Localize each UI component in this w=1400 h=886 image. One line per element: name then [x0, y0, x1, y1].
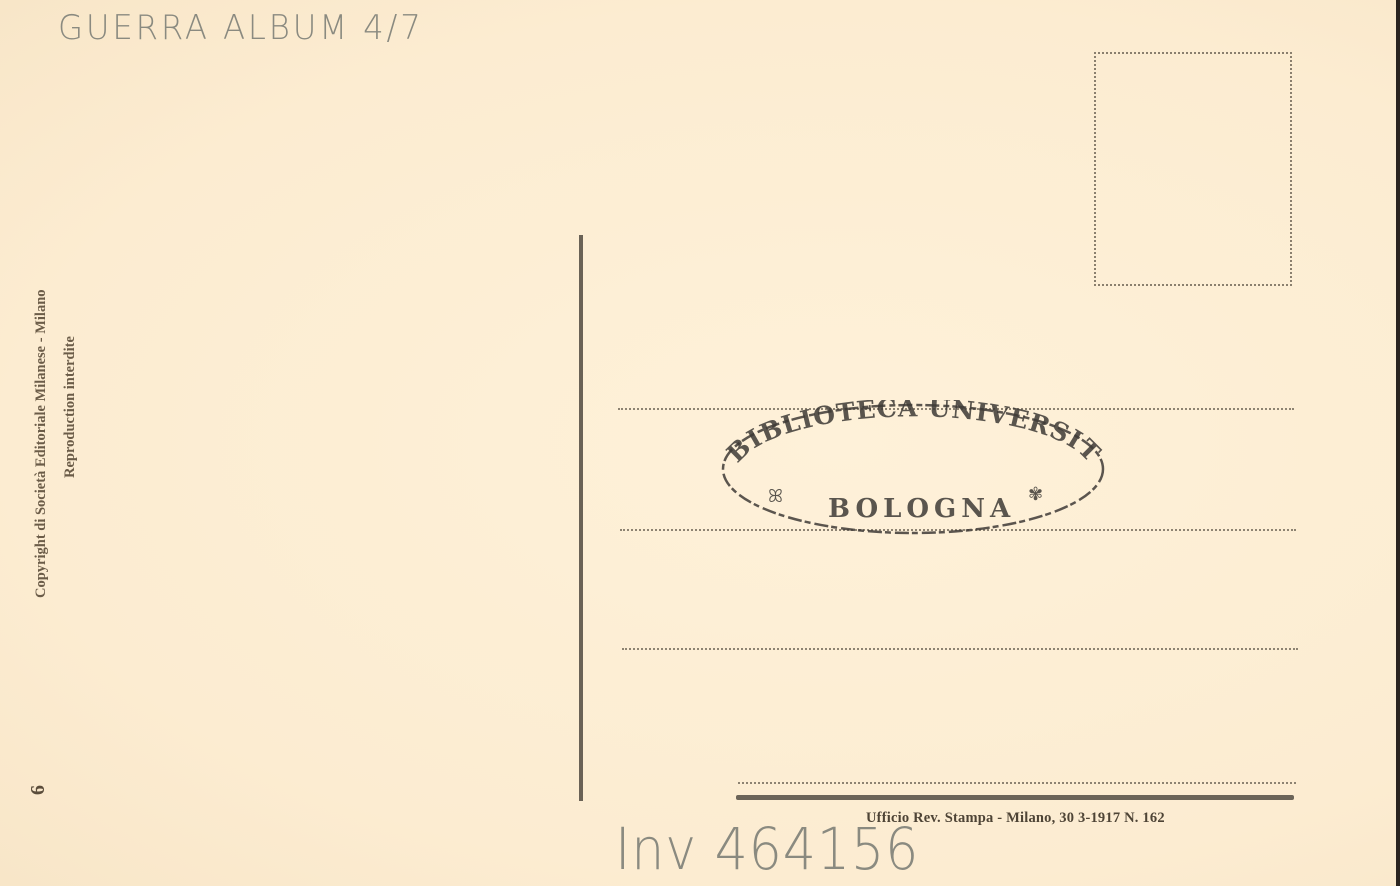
bottom-rule — [736, 795, 1294, 800]
stamp-city: BOLOGNA — [828, 494, 998, 524]
svg-text:BIBLIOTECA UNIVERSITARIA: BIBLIOTECA UNIVERSITARIA — [718, 400, 1106, 468]
scan-edge — [1396, 0, 1400, 886]
address-line-4 — [738, 782, 1296, 784]
library-ownership-stamp: BIBLIOTECA UNIVERSITARIA ꕤ BOLOGNA ✾ — [718, 400, 1108, 538]
stamp-ornament-right-icon: ✾ — [1028, 484, 1043, 505]
copyright-line: Copyright di Società Editoriale Milanese… — [33, 289, 50, 598]
stamp-institution-text: BIBLIOTECA UNIVERSITARIA — [718, 400, 1106, 468]
reproduction-notice: Reproduction interdite — [62, 336, 79, 478]
address-line-3 — [622, 648, 1298, 650]
handwritten-album-note: GUERRA ALBUM 4/7 — [58, 8, 424, 48]
card-number: 6 — [27, 785, 50, 795]
postage-stamp-placeholder — [1094, 52, 1292, 286]
postcard-back: GUERRA ALBUM 4/7 Copyright di Società Ed… — [0, 0, 1396, 886]
handwritten-inventory-number: Inv 464156 — [615, 815, 919, 883]
center-divider — [579, 235, 583, 801]
stamp-ornament-left-icon: ꕤ — [768, 486, 783, 507]
